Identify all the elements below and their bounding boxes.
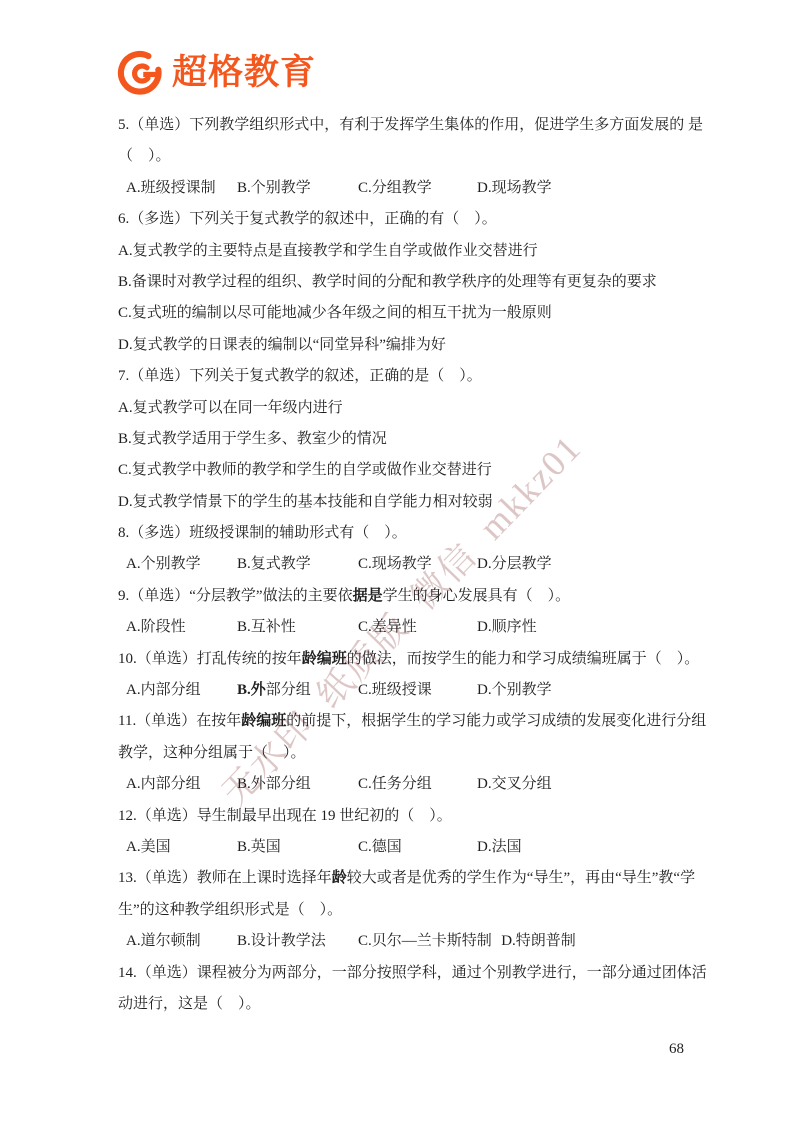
text-segment: 的做法，而按学生的能力和学习成绩编班属于（ ）。 <box>347 651 700 667</box>
document-page: 超格教育 无水印 纸质版 微信 mkkz01 5.（单选）下列教学组织形式中，有… <box>0 0 804 1137</box>
options-row: A.内部分组B.外部分组C.班级授课D.个别教学 <box>118 675 696 706</box>
option-item: B.个别教学 <box>237 173 311 204</box>
text-segment: 部分组 <box>266 682 311 698</box>
question-stem-line: 6.（多选）下列关于复式教学的叙述中，正确的有（ ）。 <box>118 204 696 235</box>
text-segment: 9.（单选）“分层教学”做法的主要依 <box>118 588 353 604</box>
option-item: A.个别教学 <box>126 549 201 580</box>
question-stem-line: 10.（单选）打乱传统的按年龄编班的做法，而按学生的能力和学习成绩编班属于（ ）… <box>118 644 696 675</box>
chaoge-g-logo-icon <box>116 50 163 97</box>
option-item: C.任务分组 <box>358 769 432 800</box>
option-item: C.班级授课 <box>358 675 432 706</box>
question-stem-line: 教学，这种分组属于（ ）。 <box>118 738 696 769</box>
choice-line: C.复式班的编制以尽可能地减少各年级之间的相互干扰为一般原则 <box>118 298 696 329</box>
option-item: C.德国 <box>358 832 402 863</box>
text-segment: 龄编班 <box>241 713 286 729</box>
choice-line: D.复式教学的日课表的编制以“同堂异科”编排为好 <box>118 330 696 361</box>
option-item: A.班级授课制 <box>126 173 216 204</box>
option-item: D.分层教学 <box>477 549 552 580</box>
options-row: A.内部分组B.外部分组C.任务分组D.交叉分组 <box>118 769 696 800</box>
brand-logo: 超格教育 <box>116 50 316 97</box>
question-stem-line: （ ）。 <box>118 141 696 172</box>
option-item: B.设计教学法 <box>237 926 326 957</box>
options-row: A.班级授课制B.个别教学C.分组教学D.现场教学 <box>118 173 696 204</box>
option-item: D.交叉分组 <box>477 769 552 800</box>
choice-line: B.复式教学适用于学生多、教室少的情况 <box>118 424 696 455</box>
options-row: A.阶段性B.互补性C.差异性D.顺序性 <box>118 612 696 643</box>
question-stem-line: 9.（单选）“分层教学”做法的主要依据是学生的身心发展具有（ ）。 <box>118 581 696 612</box>
question-stem-line: 动进行，这是（ ）。 <box>118 989 696 1020</box>
option-item: A.内部分组 <box>126 675 201 706</box>
options-row: A.美国B.英国C.德国D.法国 <box>118 832 696 863</box>
option-item: C.分组教学 <box>358 173 432 204</box>
question-stem-line: 5.（单选）下列教学组织形式中，有利于发挥学生集体的作用，促进学生多方面发展的 … <box>118 110 696 141</box>
choice-line: D.复式教学情景下的学生的基本技能和自学能力相对较弱 <box>118 487 696 518</box>
choice-line: A.复式教学的主要特点是直接教学和学生自学或做作业交替进行 <box>118 236 696 267</box>
text-segment: 据是 <box>353 588 383 604</box>
text-segment: 龄 <box>332 870 347 886</box>
page-number: 68 <box>669 1041 684 1058</box>
option-item: B.外部分组 <box>237 769 311 800</box>
option-item: A.道尔顿制 <box>126 926 201 957</box>
option-item: A.内部分组 <box>126 769 201 800</box>
option-item: D.个别教学 <box>477 675 552 706</box>
option-item: C.差异性 <box>358 612 417 643</box>
text-segment: 的前提下，根据学生的学习能力或学习成绩的发展变化进行分组 <box>286 713 706 729</box>
question-stem-line: 14.（单选）课程被分为两部分，一部分按照学科，通过个别教学进行，一部分通过团体… <box>118 958 696 989</box>
text-segment: 13.（单选）教师在上课时选择年 <box>118 870 332 886</box>
options-row: A.道尔顿制B.设计教学法C.贝尔—兰卡斯特制D.特朗普制 <box>118 926 696 957</box>
question-stem-line: 11.（单选）在按年龄编班的前提下，根据学生的学习能力或学习成绩的发展变化进行分… <box>118 706 696 737</box>
text-segment: 龄编班 <box>302 651 347 667</box>
text-segment: 学生的身心发展具有（ ）。 <box>383 588 571 604</box>
question-stem-line: 13.（单选）教师在上课时选择年龄较大或者是优秀的学生作为“导生”，再由“导生”… <box>118 863 696 894</box>
text-segment: B.外 <box>237 682 266 698</box>
option-item: B.互补性 <box>237 612 296 643</box>
question-stem-line: 8.（多选）班级授课制的辅助形式有（ ）。 <box>118 518 696 549</box>
brand-name: 超格教育 <box>172 56 316 91</box>
choice-line: C.复式教学中教师的教学和学生的自学或做作业交替进行 <box>118 455 696 486</box>
questions-area: 5.（单选）下列教学组织形式中，有利于发挥学生集体的作用，促进学生多方面发展的 … <box>118 110 696 1020</box>
question-stem-line: 生”的这种教学组织形式是（ ）。 <box>118 895 696 926</box>
option-item: B.外部分组 <box>237 675 311 706</box>
choice-line: A.复式教学可以在同一年级内进行 <box>118 393 696 424</box>
option-item: D.法国 <box>477 832 522 863</box>
text-segment: 10.（单选）打乱传统的按年 <box>118 651 302 667</box>
question-stem-line: 12.（单选）导生制最早出现在 19 世纪初的（ ）。 <box>118 801 696 832</box>
option-item: D.现场教学 <box>477 173 552 204</box>
option-item: C.现场教学 <box>358 549 432 580</box>
option-item: D.顺序性 <box>477 612 537 643</box>
option-item: A.美国 <box>126 832 171 863</box>
option-item: B.复式教学 <box>237 549 311 580</box>
question-stem-line: 7.（单选）下列关于复式教学的叙述，正确的是（ ）。 <box>118 361 696 392</box>
options-row: A.个别教学B.复式教学C.现场教学D.分层教学 <box>118 549 696 580</box>
text-segment: 11.（单选）在按年 <box>118 713 241 729</box>
option-item: B.英国 <box>237 832 281 863</box>
option-item: D.特朗普制 <box>501 926 576 957</box>
choice-line: B.备课时对教学过程的组织、教学时间的分配和教学秩序的处理等有更复杂的要求 <box>118 267 696 298</box>
text-segment: 较大或者是优秀的学生作为“导生”，再由“导生”教“学 <box>347 870 695 886</box>
option-item: A.阶段性 <box>126 612 186 643</box>
option-item: C.贝尔—兰卡斯特制 <box>358 926 492 957</box>
